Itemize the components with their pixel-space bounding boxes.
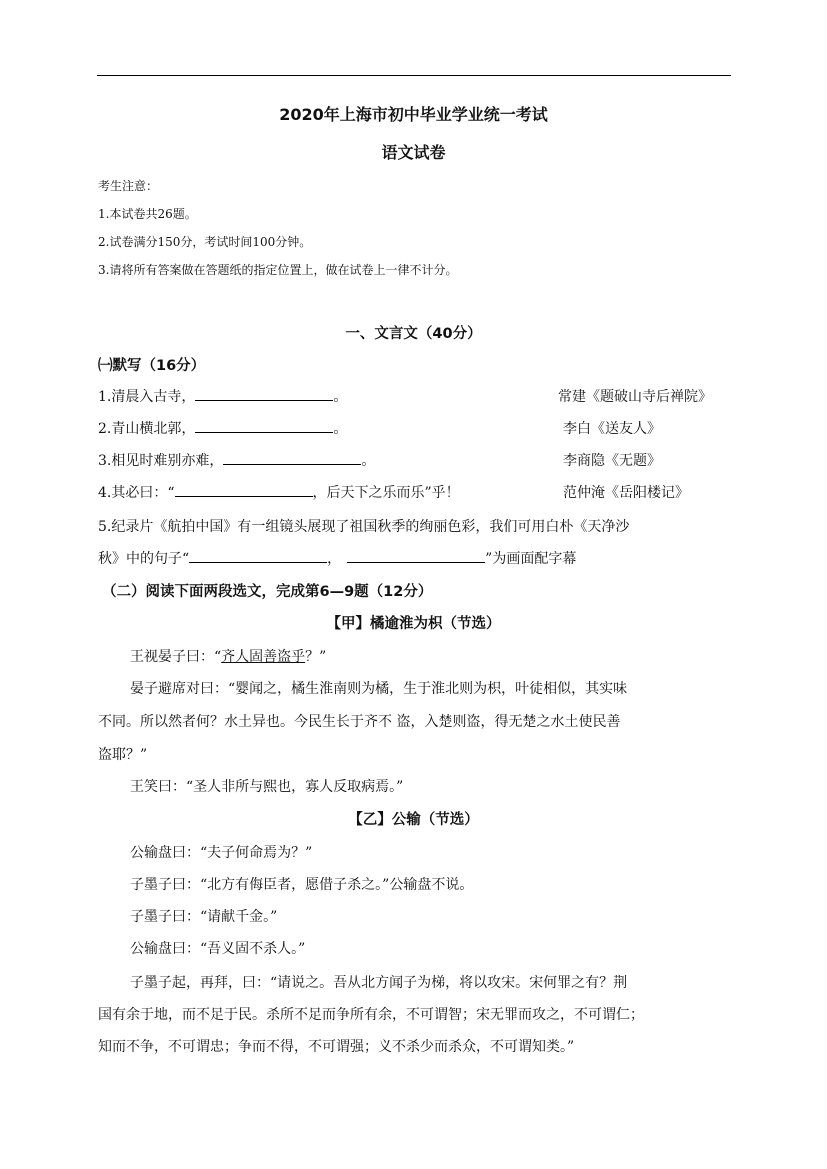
- question-3: 3.相见时难别亦难，。: [98, 450, 375, 470]
- punct: 。: [333, 389, 347, 405]
- punct: 。: [361, 453, 375, 469]
- notice-item: 3.请将所有答案做在答题纸的指定位置上，做在试卷上一律不计分。: [98, 261, 457, 278]
- passage-yi-line: 公输盘曰：“夫子何命焉为？”: [130, 842, 312, 862]
- passage-jia-para2: 盗耶？”: [98, 744, 147, 764]
- punct: ，: [327, 551, 341, 567]
- question-text: 3.相见时难别亦难，: [98, 453, 223, 469]
- punct: 。: [333, 421, 347, 437]
- passage-jia-para1: 王视晏子曰：“齐人固善盗乎？”: [130, 646, 326, 666]
- notice-item: 1.本试卷共26题。: [98, 205, 197, 222]
- exam-subtitle: 语文试卷: [0, 140, 827, 163]
- passage-jia-para3: 王笑曰：“圣人非所与熙也，寡人反取病焉。”: [130, 776, 403, 796]
- question-2: 2.青山横北郭，。: [98, 418, 347, 438]
- part1-title: ㈠默写（16分）: [98, 354, 205, 375]
- passage-yi-line: 子墨子曰：“请献千金。”: [130, 906, 277, 926]
- question-1: 1.清晨入古寺，。: [98, 386, 347, 406]
- exam-title: 2020年上海市初中毕业学业统一考试: [0, 102, 827, 125]
- passage-jia-para2: 晏子避席对曰：“婴闻之，橘生淮南则为橘，生于淮北则为枳，叶徒相似，其实味: [130, 678, 627, 698]
- header-rule: [97, 75, 731, 76]
- question-text: 1.清晨入古寺，: [98, 389, 195, 405]
- question-source: 范仲淹《岳阳楼记》: [563, 482, 689, 502]
- passage-yi-title: 【乙】公输（节选）: [0, 808, 827, 829]
- answer-blank[interactable]: [195, 386, 333, 401]
- notice-item: 2.试卷满分150分，考试时间100分钟。: [98, 233, 311, 250]
- question-text: 2.青山横北郭，: [98, 421, 195, 437]
- question-source: 李白《送友人》: [563, 418, 661, 438]
- passage-yi-line: 知而不争，不可谓忠；争而不得，不可谓强；义不杀少而杀众，不可谓知类。”: [98, 1036, 574, 1056]
- answer-blank[interactable]: [223, 450, 361, 465]
- question-text: 秋》中的句子“: [98, 551, 189, 567]
- passage-yi-line: 公输盘曰：“吾义固不杀人。”: [130, 938, 305, 958]
- notice-heading: 考生注意：: [98, 177, 158, 194]
- answer-blank[interactable]: [347, 548, 485, 563]
- passage-jia-para2: 不同。所以然者何？水土异也。今民生长于齐不 盗，入楚则盗，得无楚之水土使民善: [98, 711, 620, 731]
- passage-yi-line: 子墨子曰：“北方有侮臣者，愿借子杀之。”公输盘不说。: [130, 874, 473, 894]
- question-5-line2: 秋》中的句子“，”为画面配字幕: [98, 548, 576, 568]
- underlined-sentence: 齐人固善盗乎: [221, 649, 305, 665]
- answer-blank[interactable]: [175, 482, 313, 497]
- punct: ，后天下之乐而乐”乎！: [313, 485, 460, 501]
- question-text: ”为画面配字幕: [485, 551, 576, 567]
- passage-jia-title: 【甲】橘逾淮为枳（节选）: [0, 612, 827, 633]
- passage-yi-line: 子墨子起，再拜，曰：“请说之。吾从北方闻子为梯，将以攻宋。宋何罪之有？荆: [130, 972, 627, 992]
- text: 王视晏子曰：“: [130, 649, 221, 665]
- answer-blank[interactable]: [195, 418, 333, 433]
- question-5-line1: 5.纪录片《航拍中国》有一组镜头展现了祖国秋季的绚丽色彩，我们可用白朴《天净沙: [98, 516, 629, 536]
- section-title: 一、文言文（40分）: [0, 322, 827, 343]
- question-source: 李商隐《无题》: [563, 450, 661, 470]
- question-text: 4.其必曰：“: [98, 485, 175, 501]
- question-source: 常建《题破山寺后禅院》: [558, 386, 712, 406]
- question-4: 4.其必曰：“，后天下之乐而乐”乎！: [98, 482, 460, 502]
- text: ？”: [305, 649, 326, 665]
- passage-yi-line: 国有余于地，而不足于民。杀所不足而争所有余，不可谓智；宋无罪而攻之，不可谓仁；: [98, 1004, 644, 1024]
- part2-title: （二）阅读下面两段选文，完成第6—9题（12分）: [102, 580, 432, 601]
- answer-blank[interactable]: [189, 548, 327, 563]
